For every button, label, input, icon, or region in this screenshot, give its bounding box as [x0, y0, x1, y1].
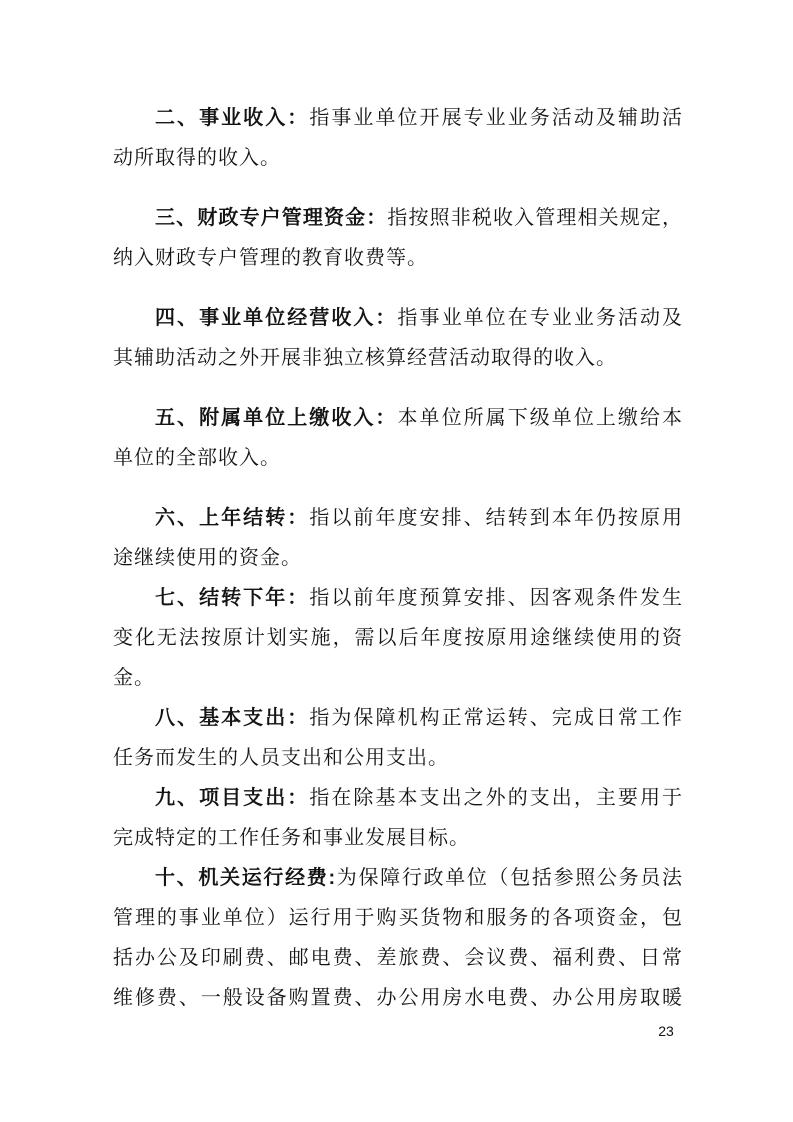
paragraph-term-4-jingying-shouru: 四、事业单位经营收入：指事业单位在专业业务活动及其辅助活动之外开展非独立核算经营…	[113, 298, 683, 378]
term-definition-text: 指以前年度预算安排、因客观条件发生	[309, 587, 683, 609]
term-definition-text: 指事业单位开展专业业务活动及辅助活	[309, 107, 683, 129]
text-line: 途继续使用的资金。	[113, 538, 683, 578]
paragraph-term-3-caizheng-zhuanhu: 三、财政专户管理资金：指按照非税收入管理相关规定，纳入财政专户管理的教育收费等。	[113, 198, 683, 278]
term-title: 十、机关运行经费:	[155, 867, 336, 889]
term-title: 四、事业单位经营收入：	[155, 307, 397, 329]
term-definition-text: 指按照非税收入管理相关规定，	[387, 207, 683, 229]
term-definition-text: 动所取得的收入。	[113, 147, 281, 169]
term-definition-text: 指为保障机构正常运转、完成日常工作	[309, 707, 683, 729]
term-definition-text: 途继续使用的资金。	[113, 547, 302, 569]
paragraph-term-7-jiezhuan-xianian: 七、结转下年：指以前年度预算安排、因客观条件发生变化无法按原计划实施，需以后年度…	[113, 578, 683, 698]
term-definition-text: 指在除基本支出之外的支出，主要用于	[309, 787, 683, 809]
text-line: 完成特定的工作任务和事业发展目标。	[113, 818, 683, 858]
paragraph-term-9-xiangmu-zhichu: 九、项目支出：指在除基本支出之外的支出，主要用于完成特定的工作任务和事业发展目标…	[113, 778, 683, 858]
term-definition-text: 本单位所属下级单位上缴给本	[397, 407, 683, 429]
term-title: 三、财政专户管理资金：	[155, 207, 387, 229]
term-definition-text: 纳入财政专户管理的教育收费等。	[113, 247, 428, 269]
text-line: 四、事业单位经营收入：指事业单位在专业业务活动及	[113, 298, 683, 338]
term-title: 八、基本支出：	[155, 707, 309, 729]
text-line: 括办公及印刷费、邮电费、差旅费、会议费、福利费、日常	[113, 938, 683, 978]
term-definition-text: 任务而发生的人员支出和公用支出。	[113, 747, 449, 769]
text-line: 任务而发生的人员支出和公用支出。	[113, 738, 683, 778]
term-definition-text: 为保障行政单位（包括参照公务员法	[336, 867, 683, 889]
term-definition-text: 维修费、一般设备购置费、办公用房水电费、办公用房取暖	[113, 987, 683, 1009]
text-line: 六、上年结转：指以前年度安排、结转到本年仍按原用	[113, 498, 683, 538]
paragraph-term-2-shiye-shouru: 二、事业收入：指事业单位开展专业业务活动及辅助活动所取得的收入。	[113, 98, 683, 178]
text-line: 单位的全部收入。	[113, 438, 683, 478]
text-line: 五、附属单位上缴收入：本单位所属下级单位上缴给本	[113, 398, 683, 438]
text-line: 七、结转下年：指以前年度预算安排、因客观条件发生	[113, 578, 683, 618]
term-definition-text: 变化无法按原计划实施，需以后年度按原用途继续使用的资	[113, 627, 683, 649]
term-definition-text: 单位的全部收入。	[113, 447, 281, 469]
term-title: 五、附属单位上缴收入：	[155, 407, 397, 429]
term-title: 七、结转下年：	[155, 587, 309, 609]
paragraph-term-6-shangnian-jiezhuan: 六、上年结转：指以前年度安排、结转到本年仍按原用途继续使用的资金。	[113, 498, 683, 578]
text-line: 变化无法按原计划实施，需以后年度按原用途继续使用的资	[113, 618, 683, 658]
document-page: 二、事业收入：指事业单位开展专业业务活动及辅助活动所取得的收入。三、财政专户管理…	[0, 0, 793, 1122]
text-line: 维修费、一般设备购置费、办公用房水电费、办公用房取暖	[113, 978, 683, 1018]
text-line: 管理的事业单位）运行用于购买货物和服务的各项资金，包	[113, 898, 683, 938]
page-number: 23	[646, 1022, 686, 1040]
term-title: 六、上年结转：	[155, 507, 309, 529]
terms-list: 二、事业收入：指事业单位开展专业业务活动及辅助活动所取得的收入。三、财政专户管理…	[113, 98, 683, 1018]
text-line: 二、事业收入：指事业单位开展专业业务活动及辅助活	[113, 98, 683, 138]
text-line: 八、基本支出：指为保障机构正常运转、完成日常工作	[113, 698, 683, 738]
term-definition-text: 括办公及印刷费、邮电费、差旅费、会议费、福利费、日常	[113, 947, 683, 969]
paragraph-term-10-jiguan-yunxing-jingfei: 十、机关运行经费:为保障行政单位（包括参照公务员法管理的事业单位）运行用于购买货…	[113, 858, 683, 1018]
text-line: 金。	[113, 658, 683, 698]
term-definition-text: 指事业单位在专业业务活动及	[397, 307, 683, 329]
text-line: 其辅助活动之外开展非独立核算经营活动取得的收入。	[113, 338, 683, 378]
text-line: 动所取得的收入。	[113, 138, 683, 178]
term-definition-text: 管理的事业单位）运行用于购买货物和服务的各项资金，包	[113, 907, 683, 929]
term-title: 二、事业收入：	[155, 107, 309, 129]
term-definition-text: 金。	[113, 667, 155, 689]
text-line: 九、项目支出：指在除基本支出之外的支出，主要用于	[113, 778, 683, 818]
paragraph-term-5-fushu-danwei: 五、附属单位上缴收入：本单位所属下级单位上缴给本单位的全部收入。	[113, 398, 683, 478]
term-title: 九、项目支出：	[155, 787, 309, 809]
paragraph-term-8-jiben-zhichu: 八、基本支出：指为保障机构正常运转、完成日常工作任务而发生的人员支出和公用支出。	[113, 698, 683, 778]
text-line: 三、财政专户管理资金：指按照非税收入管理相关规定，	[113, 198, 683, 238]
text-line: 十、机关运行经费:为保障行政单位（包括参照公务员法	[113, 858, 683, 898]
term-definition-text: 其辅助活动之外开展非独立核算经营活动取得的收入。	[113, 347, 617, 369]
text-line: 纳入财政专户管理的教育收费等。	[113, 238, 683, 278]
term-definition-text: 完成特定的工作任务和事业发展目标。	[113, 827, 470, 849]
term-definition-text: 指以前年度安排、结转到本年仍按原用	[309, 507, 683, 529]
